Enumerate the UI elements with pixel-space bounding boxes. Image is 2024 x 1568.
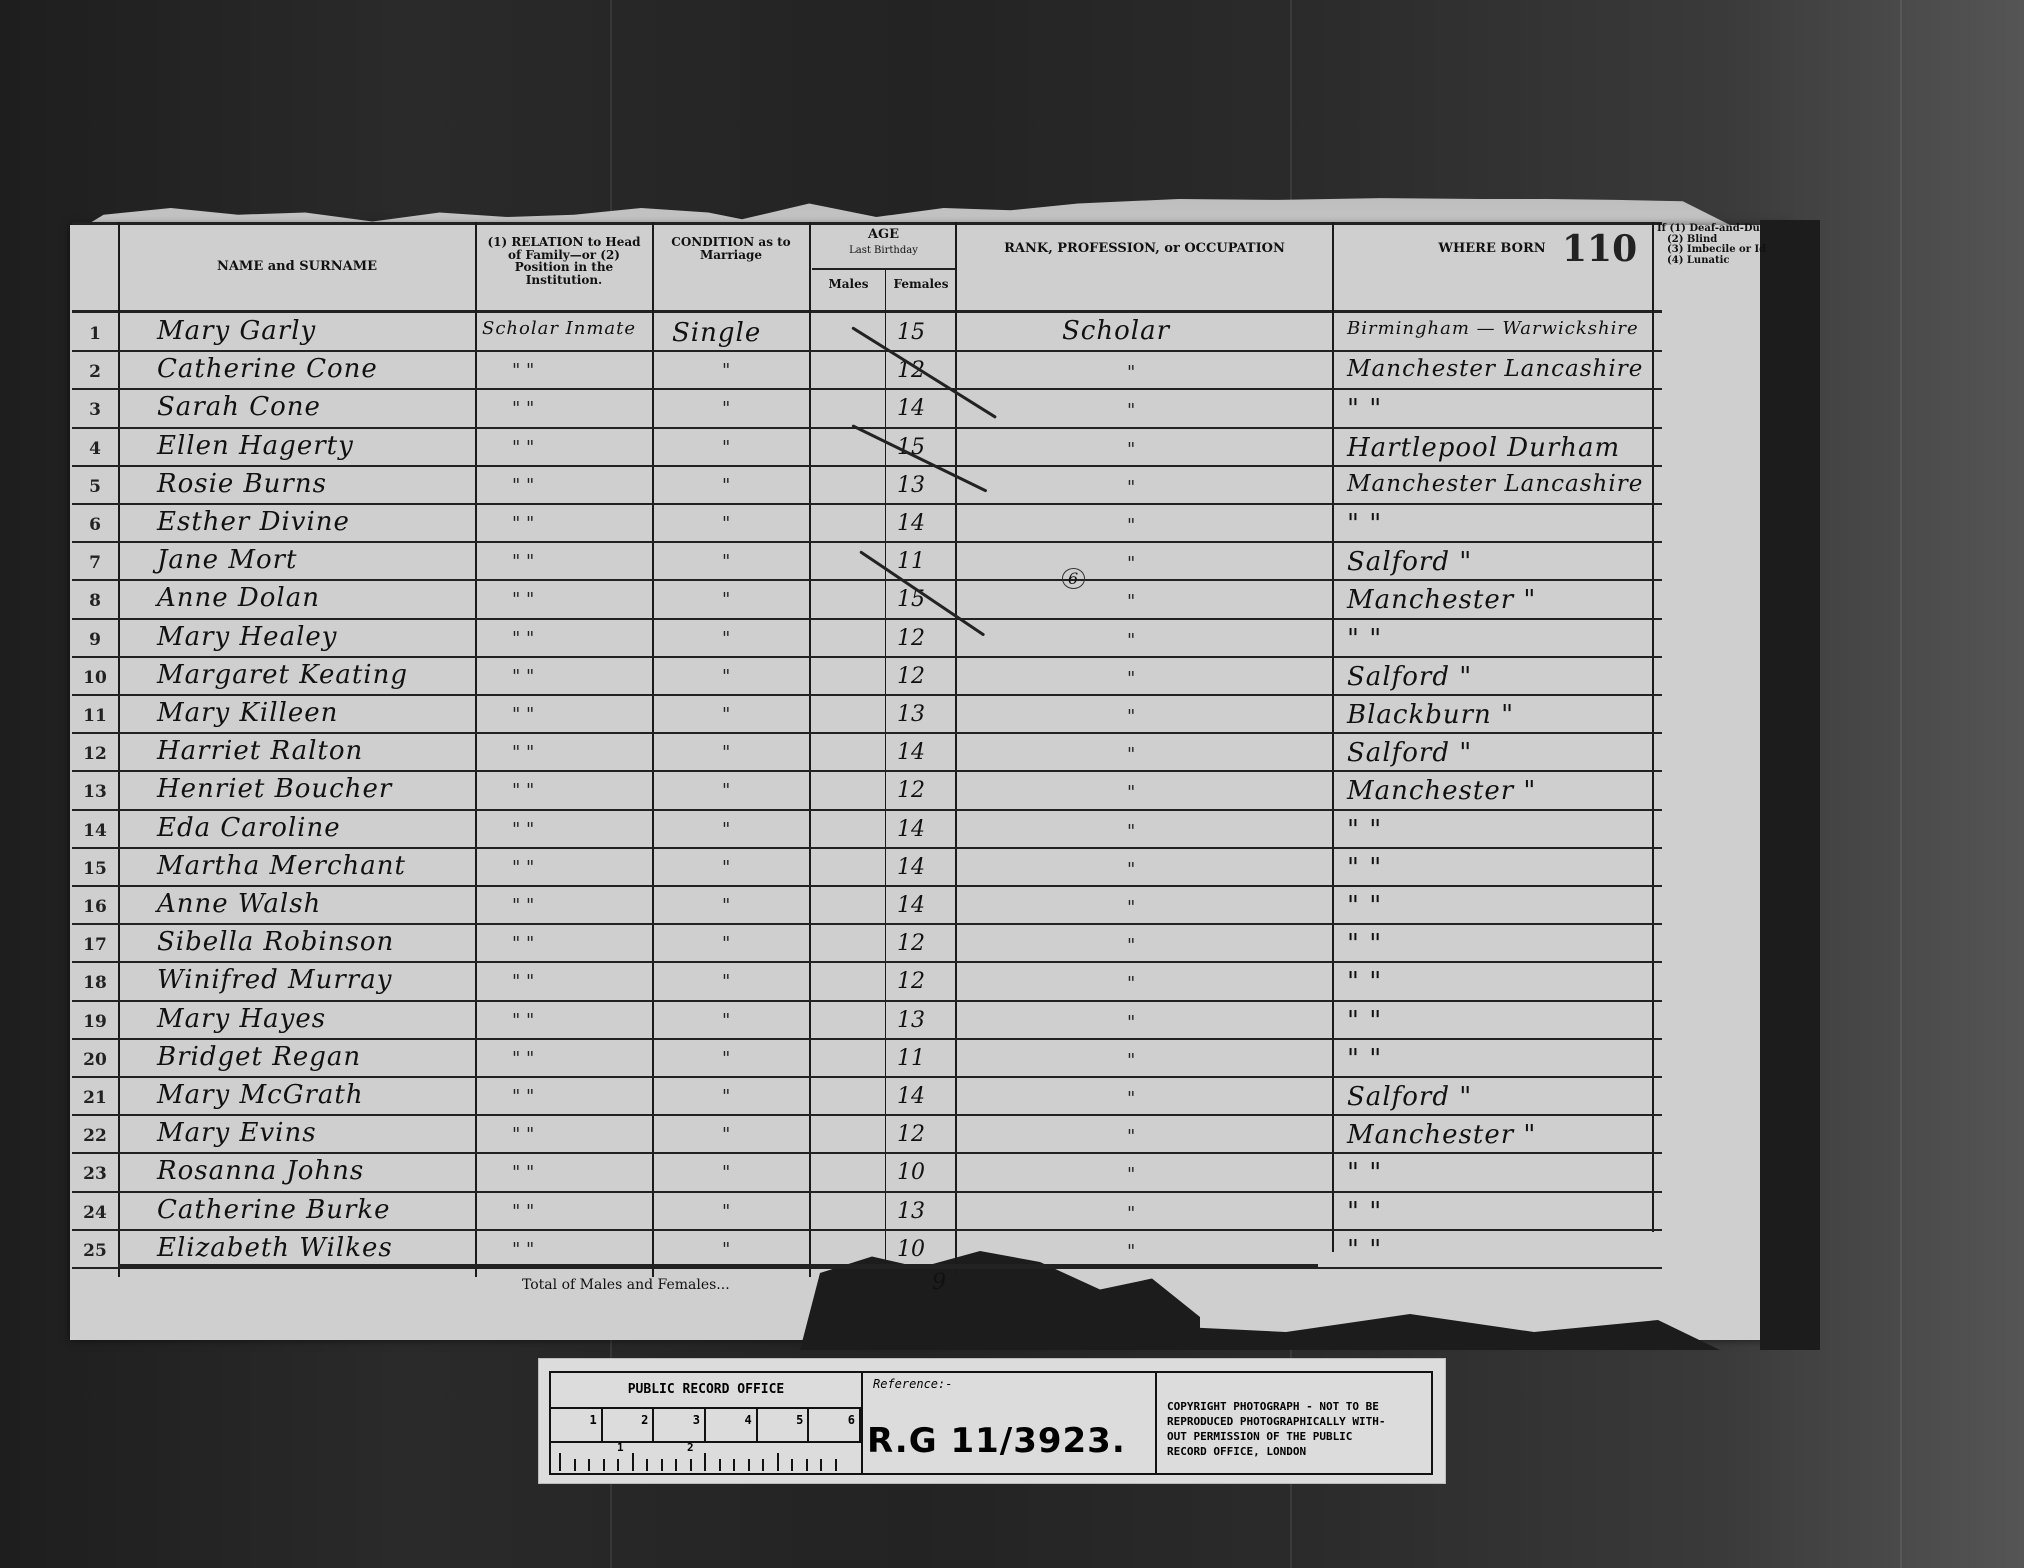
row-number: 2 — [75, 362, 115, 382]
row-rule — [72, 427, 1662, 429]
age-female: 14 — [897, 893, 925, 918]
person-name: Henriet Boucher — [157, 774, 392, 804]
occupation-value: " — [1127, 744, 1135, 765]
ruler-tick — [559, 1453, 561, 1471]
row-rule — [72, 503, 1662, 505]
condition-value: " — [722, 1010, 730, 1031]
reference-value: R.G 11/3923. — [867, 1421, 1126, 1461]
reference-caption: Reference:- — [873, 1377, 952, 1391]
row-rule — [72, 961, 1662, 963]
ruler-inch-scale: 1 2 — [551, 1441, 861, 1473]
condition-value: " — [722, 398, 730, 419]
relation-value: " " — [512, 398, 534, 419]
condition-value: " — [722, 1239, 730, 1260]
occupation-value: " — [1127, 630, 1135, 651]
infirmity-line: (3) Imbecile or Id — [1657, 245, 1767, 256]
birthplace-value: Birmingham — Warwickshire — [1347, 318, 1639, 339]
occupation-value: " — [1127, 1164, 1135, 1185]
row-rule — [72, 1229, 1662, 1231]
age-sub-rule — [812, 268, 955, 270]
row-rule — [72, 694, 1662, 696]
ruler-tick — [690, 1459, 692, 1471]
birthplace-value: " " — [1347, 1044, 1382, 1074]
ruler-tick — [748, 1459, 750, 1471]
person-name: Martha Merchant — [157, 851, 406, 881]
age-female: 14 — [897, 396, 925, 421]
age-female: 14 — [897, 1084, 925, 1109]
birthplace-value: Salford " — [1347, 738, 1472, 768]
col-divider — [475, 222, 477, 1277]
row-number: 1 — [75, 324, 115, 344]
age-female: 14 — [897, 511, 925, 536]
birthplace-value: Blackburn " — [1347, 700, 1514, 730]
occupation-value: " — [1127, 1126, 1135, 1147]
person-name: Catherine Cone — [157, 354, 378, 384]
row-number: 5 — [75, 477, 115, 497]
row-number: 24 — [75, 1203, 115, 1223]
relation-value: " " — [512, 1239, 534, 1260]
condition-value: " — [722, 589, 730, 610]
ruler-tick — [806, 1459, 808, 1471]
occupation-value: " — [1127, 477, 1135, 498]
margin-circled-mark: 6 — [1062, 568, 1085, 589]
row-number: 11 — [75, 706, 115, 726]
copyright-line: REPRODUCED PHOTOGRAPHICALLY WITH- — [1167, 1414, 1386, 1429]
age-female: 12 — [897, 778, 925, 803]
relation-value: " " — [512, 589, 534, 610]
age-female: 11 — [897, 549, 925, 574]
birthplace-value: Salford " — [1347, 547, 1472, 577]
row-rule — [72, 1114, 1662, 1116]
person-name: Mary Evins — [157, 1118, 317, 1148]
person-name: Anne Walsh — [157, 889, 321, 919]
person-name: Mary Healey — [157, 622, 337, 652]
person-name: Jane Mort — [157, 545, 297, 575]
age-female: 11 — [897, 1046, 925, 1071]
ruler-tick — [632, 1453, 634, 1471]
birthplace-value: " " — [1347, 853, 1382, 883]
ruler-inch-number: 1 — [617, 1441, 624, 1454]
header-males: Males — [812, 278, 885, 291]
condition-value: " — [722, 1124, 730, 1145]
condition-value: " — [722, 819, 730, 840]
total-label: Total of Males and Females... — [522, 1278, 852, 1293]
person-name: Elizabeth Wilkes — [157, 1233, 393, 1263]
person-name: Margaret Keating — [157, 660, 408, 690]
row-rule — [72, 732, 1662, 734]
col-divider — [652, 222, 654, 1277]
relation-value: " " — [512, 628, 534, 649]
person-name: Mary Hayes — [157, 1004, 326, 1034]
row-rule — [72, 770, 1662, 772]
person-name: Esther Divine — [157, 507, 350, 537]
total-rule — [118, 1264, 1318, 1267]
occupation-value: " — [1127, 439, 1135, 460]
ruler-inch-number: 2 — [687, 1441, 694, 1454]
condition-value: " — [722, 895, 730, 916]
relation-value: " " — [512, 551, 534, 572]
relation-value: " " — [512, 1048, 534, 1069]
condition-value: " — [722, 475, 730, 496]
relation-value: " " — [512, 971, 534, 992]
condition-value: " — [722, 1048, 730, 1069]
copyright-line: RECORD OFFICE, LONDON — [1167, 1444, 1386, 1459]
row-number: 13 — [75, 782, 115, 802]
ruler-cm-scale: 1 2 3 4 5 6 — [551, 1407, 861, 1443]
ruler-number: 6 — [809, 1407, 861, 1441]
age-female: 15 — [897, 320, 925, 345]
ruler-number: 4 — [706, 1407, 758, 1441]
census-table: NAME and SURNAME (1) RELATION to Head of… — [72, 222, 1662, 1297]
ruler-tick — [762, 1459, 764, 1471]
condition-value: " — [722, 857, 730, 878]
age-female: 10 — [897, 1237, 925, 1262]
row-number: 19 — [75, 1012, 115, 1032]
age-female: 13 — [897, 1008, 925, 1033]
occupation-value: " — [1127, 1050, 1135, 1071]
birthplace-value: " " — [1347, 815, 1382, 845]
person-name: Bridget Regan — [157, 1042, 361, 1072]
person-name: Winifred Murray — [157, 965, 392, 995]
ruler-number: 5 — [758, 1407, 810, 1441]
office-title: PUBLIC RECORD OFFICE — [551, 1373, 861, 1409]
ruler-number: 2 — [603, 1407, 655, 1441]
col-divider — [1332, 222, 1334, 1252]
row-number: 7 — [75, 553, 115, 573]
relation-value: " " — [512, 1124, 534, 1145]
occupation-value: " — [1127, 362, 1135, 383]
row-number: 18 — [75, 973, 115, 993]
occupation-value: " — [1127, 591, 1135, 612]
row-rule — [72, 388, 1662, 390]
row-number: 21 — [75, 1088, 115, 1108]
ruler-tick — [733, 1459, 735, 1471]
occupation-value: " — [1127, 821, 1135, 842]
header-where-born: WHERE BORN — [1432, 242, 1552, 256]
birthplace-value: " " — [1347, 624, 1382, 654]
birthplace-value: Manchester Lancashire — [1347, 471, 1643, 497]
row-rule — [72, 618, 1662, 620]
occupation-value: " — [1127, 897, 1135, 918]
age-female: 14 — [897, 855, 925, 880]
col-divider — [955, 222, 957, 1277]
row-number: 4 — [75, 439, 115, 459]
person-name: Mary Killeen — [157, 698, 338, 728]
birthplace-value: Manchester " — [1347, 585, 1536, 615]
ruler-tick — [588, 1459, 590, 1471]
relation-value: " " — [512, 1201, 534, 1222]
birthplace-value: Manchester Lancashire — [1347, 356, 1643, 382]
row-number: 17 — [75, 935, 115, 955]
birthplace-value: " " — [1347, 967, 1382, 997]
condition-value: " — [722, 628, 730, 649]
header-age-sub: Last Birthday — [812, 246, 955, 257]
occupation-value: " — [1127, 859, 1135, 880]
col-divider — [1652, 222, 1654, 1232]
row-rule — [72, 809, 1662, 811]
occupation-value: " — [1127, 553, 1135, 574]
occupation-value: " — [1127, 935, 1135, 956]
row-number: 16 — [75, 897, 115, 917]
condition-value: " — [722, 780, 730, 801]
header-condition: CONDITION as to Marriage — [658, 236, 804, 261]
condition-value: " — [722, 437, 730, 458]
col-divider — [885, 268, 886, 1278]
person-name: Rosanna Johns — [157, 1156, 364, 1186]
occupation-value: " — [1127, 668, 1135, 689]
row-rule — [72, 350, 1662, 352]
infirmity-line: If (1) Deaf-and-Du — [1657, 224, 1767, 235]
relation-value: " " — [512, 513, 534, 534]
occupation-value: " — [1127, 400, 1135, 421]
header-infirmity: If (1) Deaf-and-Du (2) Blind (3) Imbecil… — [1657, 224, 1767, 266]
relation-value: " " — [512, 857, 534, 878]
ruler-tick — [661, 1459, 663, 1471]
relation-value: " " — [512, 1162, 534, 1183]
occupation-value: " — [1127, 1203, 1135, 1224]
ruler-tick — [835, 1459, 837, 1471]
row-number: 9 — [75, 630, 115, 650]
row-rule — [72, 1191, 1662, 1193]
birthplace-value: " " — [1347, 1158, 1382, 1188]
birthplace-value: " " — [1347, 394, 1382, 424]
copyright-line: COPYRIGHT PHOTOGRAPH - NOT TO BE — [1167, 1399, 1386, 1414]
row-number: 22 — [75, 1126, 115, 1146]
row-number: 3 — [75, 400, 115, 420]
header-age: AGE — [812, 228, 955, 242]
person-name: Ellen Hagerty — [157, 431, 354, 461]
row-number: 8 — [75, 591, 115, 611]
row-rule — [72, 923, 1662, 925]
birthplace-value: " " — [1347, 509, 1382, 539]
condition-value: " — [722, 742, 730, 763]
birthplace-value: " " — [1347, 1235, 1382, 1265]
person-name: Sarah Cone — [157, 392, 321, 422]
age-female: 13 — [897, 1199, 925, 1224]
birthplace-value: Salford " — [1347, 1082, 1472, 1112]
relation-value: " " — [512, 666, 534, 687]
person-name: Harriet Ralton — [157, 736, 363, 766]
birthplace-value: Salford " — [1347, 662, 1472, 692]
relation-value: " " — [512, 780, 534, 801]
occupation-value: " — [1127, 1012, 1135, 1033]
relation-value: " " — [512, 704, 534, 725]
age-female: 13 — [897, 473, 925, 498]
header-top-rule — [72, 222, 1662, 225]
age-female: 10 — [897, 1160, 925, 1185]
row-rule — [72, 465, 1662, 467]
birthplace-value: " " — [1347, 1006, 1382, 1036]
relation-value: " " — [512, 475, 534, 496]
infirmity-line: (4) Lunatic — [1657, 256, 1767, 267]
row-number: 6 — [75, 515, 115, 535]
row-rule — [72, 541, 1662, 543]
header-occupation: RANK, PROFESSION, or OCCUPATION — [962, 242, 1327, 256]
ruler-tick — [574, 1459, 576, 1471]
relation-value: " " — [512, 742, 534, 763]
ruler-tick — [719, 1459, 721, 1471]
condition-value: " — [722, 551, 730, 572]
relation-value: " " — [512, 819, 534, 840]
ruler-tick — [617, 1459, 619, 1471]
header-bottom-rule — [72, 310, 1662, 313]
relation-value: " " — [512, 1086, 534, 1107]
birthplace-value: Manchester " — [1347, 776, 1536, 806]
reference-frame: PUBLIC RECORD OFFICE 1 2 3 4 5 6 1 2 Ref… — [549, 1371, 1433, 1475]
birthplace-value: " " — [1347, 1197, 1382, 1227]
scan-line — [1900, 0, 1902, 1568]
row-number: 20 — [75, 1050, 115, 1070]
occupation-value: " — [1127, 973, 1135, 994]
reference-label: PUBLIC RECORD OFFICE 1 2 3 4 5 6 1 2 Ref… — [538, 1358, 1446, 1484]
birthplace-value: Manchester " — [1347, 1120, 1536, 1150]
birthplace-value: Hartlepool Durham — [1347, 433, 1620, 463]
condition-value: " — [722, 1086, 730, 1107]
birthplace-value: " " — [1347, 891, 1382, 921]
row-number: 10 — [75, 668, 115, 688]
condition-value: " — [722, 360, 730, 381]
age-female: 12 — [897, 931, 925, 956]
row-rule — [72, 885, 1662, 887]
ruler-tick — [704, 1453, 706, 1471]
condition-value: " — [722, 933, 730, 954]
occupation-value: Scholar — [1062, 316, 1170, 346]
person-name: Eda Caroline — [157, 813, 341, 843]
condition-value: " — [722, 971, 730, 992]
age-female: 14 — [897, 740, 925, 765]
page-number: 110 — [1562, 228, 1637, 270]
ruler-tick — [791, 1459, 793, 1471]
person-name: Rosie Burns — [157, 469, 327, 499]
copyright-notice: COPYRIGHT PHOTOGRAPH - NOT TO BE REPRODU… — [1167, 1399, 1386, 1459]
row-rule — [72, 1038, 1662, 1040]
ruler-tick — [646, 1459, 648, 1471]
copyright-line: OUT PERMISSION OF THE PUBLIC — [1167, 1429, 1386, 1444]
ruler-tick — [777, 1453, 779, 1471]
total-value: 9 — [932, 1270, 946, 1295]
copyright-box: COPYRIGHT PHOTOGRAPH - NOT TO BE REPRODU… — [1157, 1373, 1431, 1473]
row-rule — [72, 656, 1662, 658]
person-name: Mary Garly — [157, 316, 316, 346]
row-number: 25 — [75, 1241, 115, 1261]
condition-value: " — [722, 1162, 730, 1183]
relation-value: " " — [512, 1010, 534, 1031]
ruler-number: 1 — [551, 1407, 603, 1441]
condition-value: " — [722, 1201, 730, 1222]
age-female: 12 — [897, 969, 925, 994]
row-number: 12 — [75, 744, 115, 764]
age-female: 12 — [897, 1122, 925, 1147]
relation-value: " " — [512, 437, 534, 458]
pro-ruler-box: PUBLIC RECORD OFFICE 1 2 3 4 5 6 1 2 — [551, 1373, 863, 1473]
row-rule — [72, 847, 1662, 849]
occupation-value: " — [1127, 1241, 1135, 1262]
condition-value: " — [722, 704, 730, 725]
person-name: Mary McGrath — [157, 1080, 364, 1110]
person-name: Anne Dolan — [157, 583, 320, 613]
occupation-value: " — [1127, 1088, 1135, 1109]
col-divider — [809, 222, 811, 1277]
ruler-number: 3 — [654, 1407, 706, 1441]
row-number: 15 — [75, 859, 115, 879]
relation-value: " " — [512, 895, 534, 916]
row-rule — [72, 1267, 1662, 1269]
person-name: Sibella Robinson — [157, 927, 394, 957]
condition-value: Single — [672, 318, 761, 348]
header-name: NAME and SURNAME — [132, 260, 462, 274]
age-female: 12 — [897, 664, 925, 689]
header-females: Females — [887, 278, 955, 291]
occupation-value: " — [1127, 515, 1135, 536]
age-female: 14 — [897, 817, 925, 842]
row-number: 23 — [75, 1164, 115, 1184]
row-rule — [72, 579, 1662, 581]
ruler-tick — [820, 1459, 822, 1471]
header-relation: (1) RELATION to Head of Family—or (2) Po… — [480, 236, 648, 286]
birthplace-value: " " — [1347, 929, 1382, 959]
row-number: 14 — [75, 821, 115, 841]
relation-value: Scholar Inmate — [482, 318, 636, 339]
torn-hole — [1760, 220, 1820, 1350]
relation-value: " " — [512, 933, 534, 954]
ruler-tick — [603, 1459, 605, 1471]
occupation-value: " — [1127, 706, 1135, 727]
row-rule — [72, 1152, 1662, 1154]
row-rule — [72, 1076, 1662, 1078]
age-female: 12 — [897, 626, 925, 651]
col-divider — [118, 222, 120, 1277]
row-rule — [72, 1000, 1662, 1002]
occupation-value: " — [1127, 782, 1135, 803]
reference-box: Reference:- R.G 11/3923. — [863, 1373, 1157, 1473]
condition-value: " — [722, 666, 730, 687]
condition-value: " — [722, 513, 730, 534]
relation-value: " " — [512, 360, 534, 381]
ruler-tick — [675, 1459, 677, 1471]
person-name: Catherine Burke — [157, 1195, 391, 1225]
age-female: 13 — [897, 702, 925, 727]
